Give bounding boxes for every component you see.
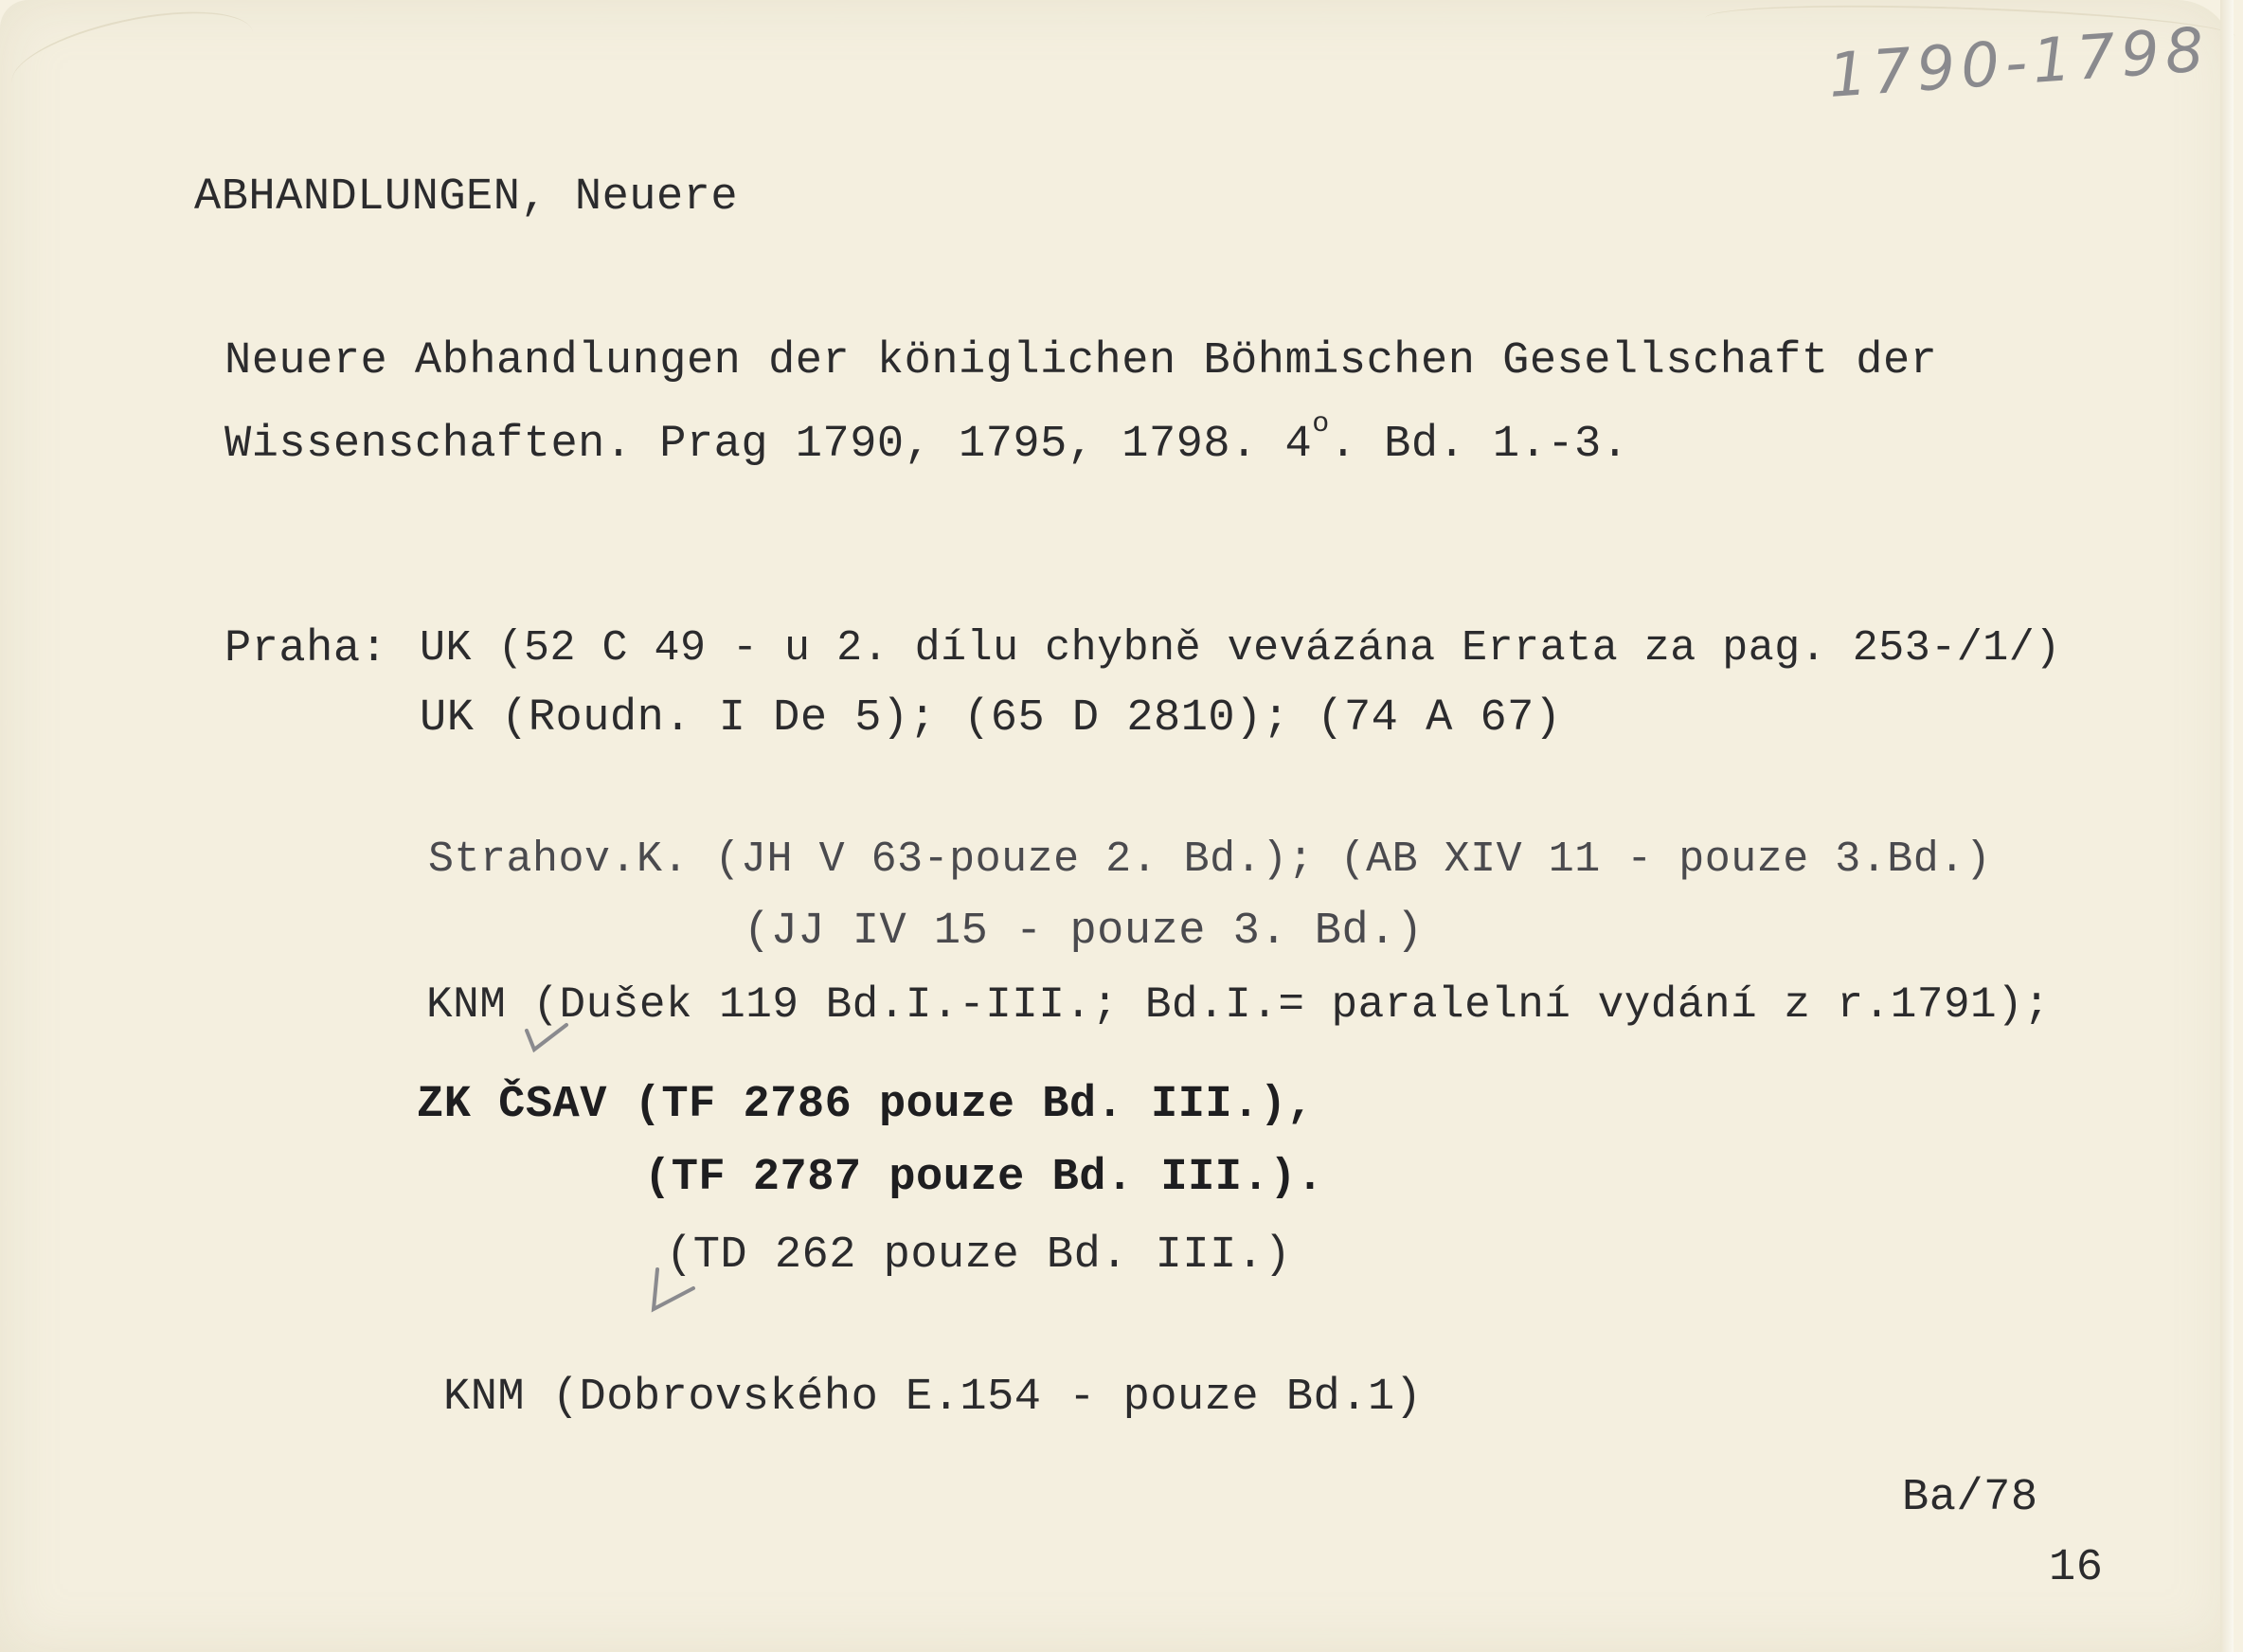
holdings-location-label: Praha: xyxy=(224,627,387,672)
holding-knm-dobrovsky: KNM (Dobrovského E.154 - pouze Bd.1) xyxy=(443,1375,1422,1420)
holding-strahov-2: (JJ IV 15 - pouze 3. Bd.) xyxy=(744,909,1424,954)
catalog-card: 1790-1798 ABHANDLUNGEN, Neuere Neuere Ab… xyxy=(0,0,2234,1652)
pencil-checkmark-icon xyxy=(519,1004,576,1061)
title-line-2: Wissenschaften. Prag 1790, 1795, 1798. 4… xyxy=(224,410,1628,467)
holding-uk-2: UK (Roudn. I De 5); (65 D 2810); (74 A 6… xyxy=(420,696,1562,741)
card-heading: ABHANDLUNGEN, Neuere xyxy=(194,175,738,220)
card-edge xyxy=(2220,0,2234,1652)
title-line-2-volumes: . Bd. 1.-3. xyxy=(1330,420,1629,470)
holding-zk-csav-2: (TF 2787 pouze Bd. III.). xyxy=(644,1156,1324,1200)
card-number: 16 xyxy=(2049,1546,2103,1590)
cataloguer-code: Ba/78 xyxy=(1902,1476,2038,1520)
holding-knm-dusek: KNM (Dušek 119 Bd.I.-III.; Bd.I.= parale… xyxy=(426,983,2050,1027)
title-line-1: Neuere Abhandlungen der königlichen Böhm… xyxy=(224,339,1937,384)
holding-uk-1: UK (52 C 49 - u 2. dílu chybně vevázána … xyxy=(420,627,2061,670)
pencil-checkmark-icon xyxy=(644,1260,701,1317)
title-line-2-main: Wissenschaften. Prag 1790, 1795, 1798. 4 xyxy=(224,420,1312,470)
holding-strahov-1: Strahov.K. (JH V 63-pouze 2. Bd.); (AB X… xyxy=(428,838,1991,881)
holding-zk-csav-3: (TD 262 pouze Bd. III.) xyxy=(666,1233,1291,1278)
paper-crease xyxy=(4,0,260,121)
holding-zk-csav-1: ZK ČSAV (TF 2786 pouze Bd. III.), xyxy=(417,1083,1314,1127)
format-superscript: o xyxy=(1312,408,1330,440)
